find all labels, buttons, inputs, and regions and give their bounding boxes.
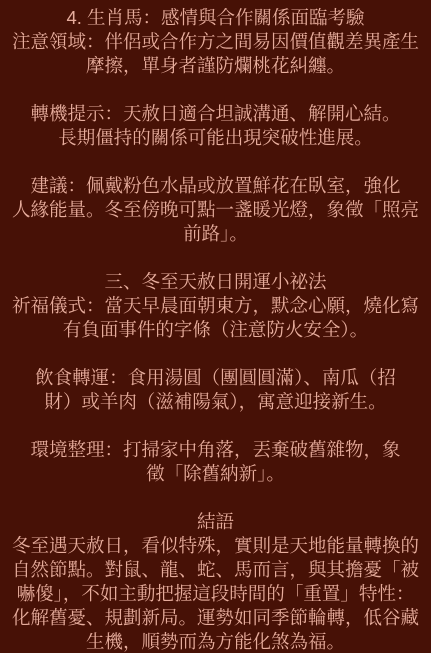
text-line: 摩擦，單身者謹防爛桃花糾纏。 bbox=[6, 54, 425, 78]
text-section: 飲食轉運：食用湯圓（團圓圓滿）、南瓜（招財）或羊肉（滋補陽氣），寓意迎接新生。 bbox=[6, 366, 425, 414]
text-section: 結語冬至遇天赦日，看似特殊，實則是天地能量轉換的自然節點。對鼠、龍、蛇、馬而言，… bbox=[6, 510, 425, 653]
text-line: 前路」。 bbox=[6, 222, 425, 246]
text-line: 嚇傻」，不如主動把握這段時間的「重置」特性： bbox=[6, 582, 425, 606]
text-line: 自然節點。對鼠、龍、蛇、馬而言，與其擔憂「被 bbox=[6, 558, 425, 582]
text-line: 注意領域：伴侶或合作方之間易因價值觀差異產生 bbox=[6, 30, 425, 54]
text-line: 4. 生肖馬：感情與合作關係面臨考驗 bbox=[6, 6, 425, 30]
text-section: 4. 生肖馬：感情與合作關係面臨考驗注意領域：伴侶或合作方之間易因價值觀差異產生… bbox=[6, 6, 425, 78]
text-line: 轉機提示：天赦日適合坦誠溝通、解開心結。 bbox=[6, 102, 425, 126]
text-line: 化解舊憂、規劃新局。運勢如同季節輪轉，低谷藏 bbox=[6, 606, 425, 630]
text-section: 三、冬至天赦日開運小祕法祈福儀式：當天早晨面朝東方，默念心願，燒化寫有負面事件的… bbox=[6, 270, 425, 342]
text-line: 人緣能量。冬至傍晚可點一盞暖光燈，象徵「照亮 bbox=[6, 198, 425, 222]
text-line: 財）或羊肉（滋補陽氣），寓意迎接新生。 bbox=[6, 390, 425, 414]
text-line: 三、冬至天赦日開運小祕法 bbox=[6, 270, 425, 294]
text-section: 轉機提示：天赦日適合坦誠溝通、解開心結。長期僵持的關係可能出現突破性進展。 bbox=[6, 102, 425, 150]
text-line: 建議：佩戴粉色水晶或放置鮮花在臥室，強化 bbox=[6, 174, 425, 198]
text-line: 環境整理：打掃家中角落，丟棄破舊雜物，象 bbox=[6, 438, 425, 462]
text-line: 長期僵持的關係可能出現突破性進展。 bbox=[6, 126, 425, 150]
text-line: 徵「除舊納新」。 bbox=[6, 462, 425, 486]
text-section: 環境整理：打掃家中角落，丟棄破舊雜物，象徵「除舊納新」。 bbox=[6, 438, 425, 486]
text-line: 有負面事件的字條（注意防火安全）。 bbox=[6, 318, 425, 342]
text-line: 飲食轉運：食用湯圓（團圓圓滿）、南瓜（招 bbox=[6, 366, 425, 390]
text-section: 建議：佩戴粉色水晶或放置鮮花在臥室，強化人緣能量。冬至傍晚可點一盞暖光燈，象徵「… bbox=[6, 174, 425, 246]
fortune-text-page: 4. 生肖馬：感情與合作關係面臨考驗注意領域：伴侶或合作方之間易因價值觀差異產生… bbox=[0, 0, 431, 653]
text-line: 冬至遇天赦日，看似特殊，實則是天地能量轉換的 bbox=[6, 534, 425, 558]
text-line: 生機，順勢而為方能化煞為福。 bbox=[6, 630, 425, 653]
text-line: 結語 bbox=[6, 510, 425, 534]
text-line: 祈福儀式：當天早晨面朝東方，默念心願，燒化寫 bbox=[6, 294, 425, 318]
